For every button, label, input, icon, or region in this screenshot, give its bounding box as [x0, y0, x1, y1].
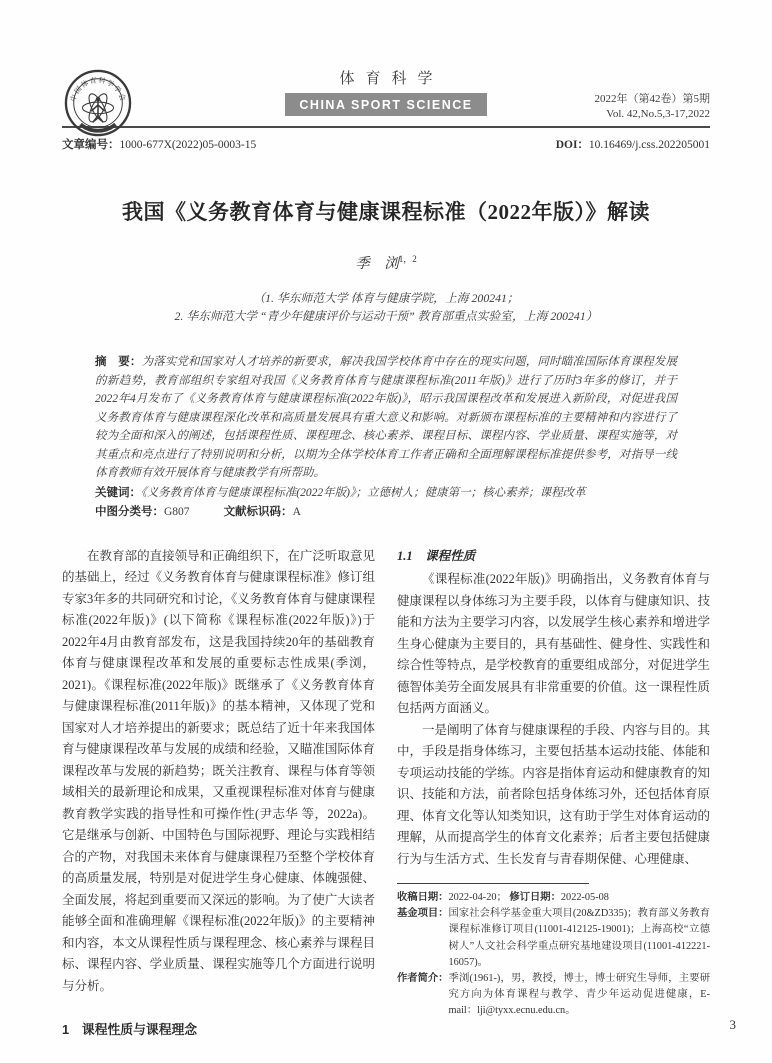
body-columns: 在教育部的直接领导和正确组织下，在广泛听取意见的基础上，经过《义务教育体育与健康… [62, 546, 710, 1041]
author-name: 季 浏 [355, 256, 399, 272]
issue-info: 2022年（第42卷）第5期 Vol. 42,No.5,3-17,2022 [595, 92, 711, 122]
fund-footnote: 基金项目： 国家社会科学基金重大项目(20&ZD335)；教育部义务教育课程标准… [397, 906, 710, 971]
course-nature-paragraph-2: 一是阐明了体育与健康课程的手段、内容与目的。其中，手段是指身体练习，主要包括基本… [397, 720, 710, 871]
abstract-label: 摘 要： [95, 356, 142, 368]
dates-values: 2022-04-20； 修订日期：2022-05-08 [448, 890, 710, 906]
clc-label: 中图分类号： [95, 506, 164, 518]
article-id: 文章编号：1000-677X(2022)05-0003-15 [62, 136, 256, 152]
author-bio-footnote: 作者简介： 季浏(1961-)，男，教授，博士，博士研究生导师，主要研究方向为体… [397, 971, 710, 1020]
bio-text: 季浏(1961-)，男，教授，博士，博士研究生导师，主要研究方向为体育课程与教学… [448, 971, 710, 1020]
revised-label: 修订日期： [509, 892, 560, 903]
journal-logo: 中国体育科学学会 [64, 69, 132, 137]
china-sport-science-society-emblem-icon: 中国体育科学学会 [64, 69, 132, 137]
issue-line-cn: 2022年（第42卷）第5期 [595, 92, 711, 107]
keywords-text: 《义务教育体育与健康课程标准(2022年版)》；立德树人；健康第一；核心素养；课… [141, 487, 586, 499]
doc-code-label: 文献标识码： [224, 506, 293, 518]
section-1-1-heading: 1.1 课程性质 [397, 546, 710, 568]
course-nature-paragraph-1: 《课程标准(2022年版)》明确指出，义务教育体育与健康课程以身体练习为主要手段… [397, 569, 710, 720]
section-1-heading: 1 课程性质与课程理念 [62, 1019, 375, 1041]
abstract: 摘 要：为落实党和国家对人才培养的新要求，解决我国学校体育中存在的现实问题，同时… [95, 353, 677, 483]
left-column: 在教育部的直接领导和正确组织下，在广泛听取意见的基础上，经过《义务教育体育与健康… [62, 546, 375, 1041]
clc-line: 中图分类号：G807文献标识码：A [95, 503, 677, 522]
received-label: 收稿日期： [397, 890, 448, 906]
paper-title: 我国《义务教育体育与健康课程标准（2022年版）》解读 [62, 196, 710, 226]
affiliation-2: 2. 华东师范大学 “青少年健康评价与运动干预” 教育部重点实验室，上海 200… [62, 307, 710, 325]
fund-label: 基金项目： [397, 906, 448, 971]
article-meta-row: 文章编号：1000-677X(2022)05-0003-15 DOI：10.16… [62, 136, 710, 152]
keywords-line: 关键词：《义务教育体育与健康课程标准(2022年版)》；立德树人；健康第一；核心… [95, 484, 677, 503]
abstract-text: 为落实党和国家对人才培养的新要求，解决我国学校体育中存在的现实问题，同时瞄准国际… [95, 356, 677, 479]
journal-name-cn: 体育科学 [285, 67, 487, 88]
affiliations: （1. 华东师范大学 体育与健康学院，上海 200241； 2. 华东师范大学 … [62, 289, 710, 325]
dates-footnote: 收稿日期： 2022-04-20； 修订日期：2022-05-08 [397, 890, 710, 906]
author-superscript: 1，2 [399, 254, 417, 264]
affiliation-1: （1. 华东师范大学 体育与健康学院，上海 200241； [62, 289, 710, 307]
footnote-block: 收稿日期： 2022-04-20； 修订日期：2022-05-08 基金项目： … [397, 883, 710, 1020]
intro-paragraph: 在教育部的直接领导和正确组织下，在广泛听取意见的基础上，经过《义务教育体育与健康… [62, 546, 375, 998]
journal-header: 中国体育科学学会 体育科学 CHINA SPORT SCIENCE 2022年（… [62, 67, 710, 124]
keywords-label: 关键词： [95, 487, 141, 499]
doc-code-value: A [293, 506, 301, 518]
journal-name-block: 体育科学 CHINA SPORT SCIENCE [285, 67, 487, 116]
abstract-block: 摘 要：为落实党和国家对人才培养的新要求，解决我国学校体育中存在的现实问题，同时… [95, 353, 677, 522]
header-divider [62, 126, 710, 128]
issue-line-en: Vol. 42,No.5,3-17,2022 [595, 107, 711, 122]
footnote-divider [397, 883, 589, 884]
clc-value: G807 [164, 506, 190, 518]
page-number: 3 [730, 1017, 737, 1033]
doi-label: DOI： [556, 139, 589, 151]
bio-label: 作者简介： [397, 971, 448, 1020]
article-doi: DOI：10.16469/j.css.202205001 [556, 136, 710, 152]
journal-name-en-banner: CHINA SPORT SCIENCE [285, 93, 487, 116]
right-column: 1.1 课程性质 《课程标准(2022年版)》明确指出，义务教育体育与健康课程以… [397, 546, 710, 1041]
author-line: 季 浏1，2 [62, 252, 710, 273]
article-id-label: 文章编号： [62, 139, 120, 151]
paper-page: 中国体育科学学会 体育科学 CHINA SPORT SCIENCE 2022年（… [0, 0, 772, 1063]
fund-text: 国家社会科学基金重大项目(20&ZD335)；教育部义务教育课程标准修订项目(1… [448, 906, 710, 971]
